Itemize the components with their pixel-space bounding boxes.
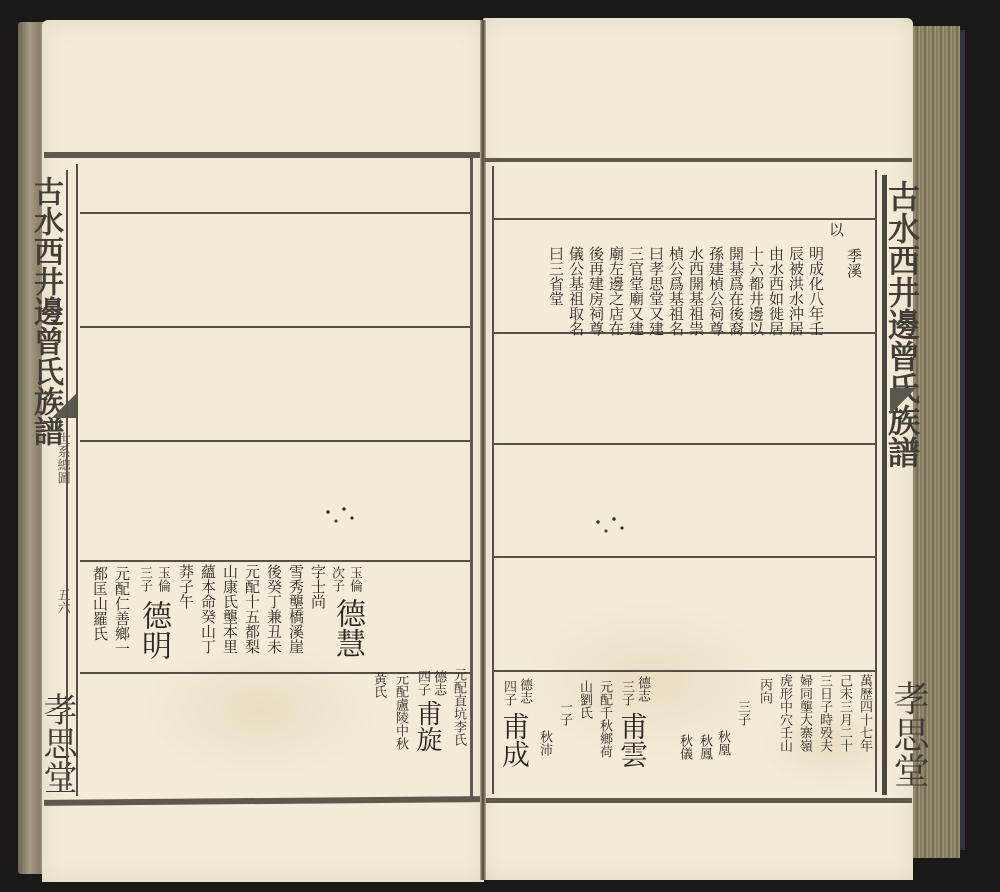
record-column: 三子 (736, 700, 749, 726)
record-column: 婦同壟大寨嶺 (798, 674, 811, 752)
son-name: 秋鳳 (698, 734, 711, 760)
person-name: 甫成 (500, 712, 528, 768)
person-name: 甫雲 (618, 712, 646, 768)
frame-right-border (470, 158, 473, 798)
frame-bottom-border (486, 798, 912, 803)
narrative-column: 儀公基祖取名 (568, 246, 583, 336)
frame-inner-left (76, 164, 78, 796)
son-name: 秋沛 (538, 730, 551, 756)
narrative-column: 楨公爲基祖名 (668, 246, 683, 336)
frame-top-border (484, 158, 912, 162)
row-rule (80, 440, 470, 442)
narrative-column: 明成化八年壬 (808, 246, 823, 336)
record-column: 萬歷四十七年 (858, 674, 871, 752)
entry-header: 三子 (138, 566, 151, 592)
entry-header: 玉倫 (348, 566, 361, 592)
water-stain (520, 600, 780, 760)
entry-line: 元配仁善鄉一 (114, 566, 129, 656)
son-name: 秋儀 (678, 734, 691, 760)
record-column: 己未三月二十 (838, 674, 851, 752)
record-column: 丙向 (758, 678, 771, 704)
frame-inner-right (875, 170, 877, 792)
frame-left-border (492, 166, 494, 794)
entry-line: 元配直坑李氏 (452, 668, 465, 746)
narrative-column: 以 (828, 222, 843, 237)
entry-line: 一子 (558, 700, 571, 726)
entry-header: 三子 (620, 680, 633, 706)
entry-header: 四子 (416, 670, 429, 696)
entry-header: 德志 (432, 670, 445, 696)
narrative-column: 曰孝思堂又建 (648, 246, 663, 336)
row-rule (494, 218, 876, 220)
narrative-column: 由水西如徙居 (768, 246, 783, 336)
entry-line: 字士尚 (310, 564, 325, 609)
entry-line: 莽子午 (178, 564, 193, 609)
person-name: 德慧 (332, 598, 362, 658)
narrative-column: 後再建房祠尊 (588, 246, 603, 336)
narrative-column: 三官堂廟又建 (628, 246, 643, 336)
entry-header: 玉倫 (156, 566, 169, 592)
entry-header: 德志 (518, 678, 531, 704)
son-name: 秋凰 (716, 730, 729, 756)
entry-line: 黃氏 (372, 672, 385, 698)
entry-header: 德志 (636, 676, 649, 702)
entry-line: 山康氏壟本里 (222, 564, 237, 654)
hall-name-right: 孝思堂 (890, 680, 926, 788)
entry-header: 次子 (330, 566, 343, 592)
row-rule (80, 326, 470, 328)
block-heading: 季溪 (846, 248, 861, 278)
narrative-column: 孫建楨公祠尊 (708, 246, 723, 336)
narrative-column: 開基爲在後裔 (728, 246, 743, 336)
entry-line: 元配盧陵中秋 (394, 672, 407, 750)
entry-line: 元配十五都梨 (244, 564, 259, 654)
frame-margin-line (66, 170, 68, 790)
ink-speckles (320, 500, 360, 530)
fishtail-mark-icon (52, 392, 78, 418)
entry-line: 山劉氏 (578, 680, 591, 719)
row-rule (80, 672, 470, 674)
ink-speckles (590, 510, 630, 540)
narrative-column: 廟左邊之店在 (608, 246, 623, 336)
person-name: 德明 (138, 600, 168, 660)
hall-name-left: 孝思堂 (40, 692, 74, 794)
row-rule (80, 212, 470, 214)
entry-line: 後癸丁兼丑未 (266, 564, 281, 654)
record-column: 三日子時殁夫 (818, 674, 831, 752)
row-rule (80, 560, 470, 562)
entry-line: 元配千秋鄉荷 (598, 680, 611, 758)
narrative-column: 水西開基祖祟 (688, 246, 703, 336)
narrative-column: 曰三省堂 (548, 246, 563, 306)
water-stain (140, 640, 380, 780)
row-rule (494, 443, 876, 445)
record-column: 虎形中穴壬山 (778, 674, 791, 752)
entry-header: 四子 (502, 680, 515, 706)
entry-line: 都匡山羅氏 (92, 566, 107, 641)
row-rule (494, 556, 876, 558)
entry-line: 蘊本命癸山丁 (200, 564, 215, 654)
book-title-right: 古水西井邊曾氏族譜 (886, 180, 918, 468)
entry-line: 雪秀壟橋溪崖 (288, 564, 303, 654)
row-rule (494, 670, 876, 672)
book-gutter (480, 20, 486, 880)
fishtail-mark-icon (890, 388, 916, 414)
person-name: 甫旋 (414, 700, 440, 752)
narrative-column: 十六都井邊以 (748, 246, 763, 336)
frame-top-border (44, 152, 480, 158)
narrative-column: 辰被洪水沖居 (788, 246, 803, 336)
